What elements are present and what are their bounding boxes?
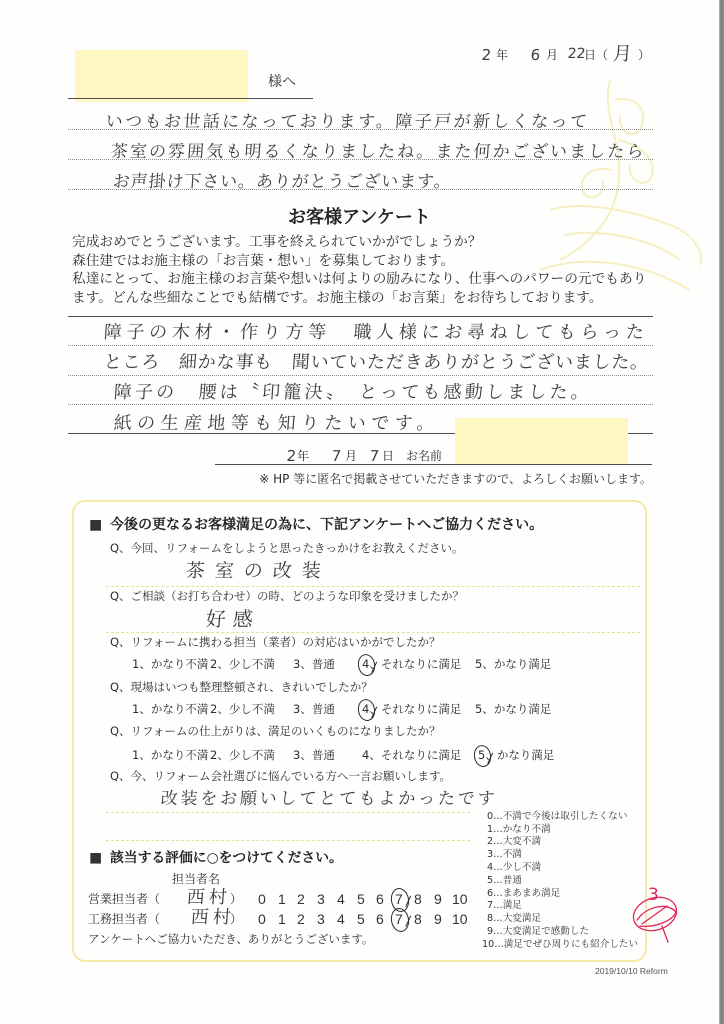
- form-version-footer: 2019/10/10 Reform: [595, 966, 668, 976]
- question-5-options: 1、かなり不満 2、少し不満 3、普通 4、それなりに満足 5、かなり満足: [0, 747, 724, 763]
- legend-item: 0…不満で今後は取引したくない: [487, 811, 627, 823]
- score-6[interactable]: 6: [376, 890, 384, 908]
- survey-intro-line-4: ます。どんな些細なことでも結構です。お施主様の「お言葉」をお待ちしております。: [72, 290, 603, 306]
- option-label: 、それなりに満足: [369, 748, 461, 762]
- score-4[interactable]: 4: [337, 890, 345, 908]
- comment-line-2: ところ 細かな事も 聞いていただきありがとうございました。: [103, 352, 650, 374]
- score-number: 10: [452, 910, 468, 928]
- option-3[interactable]: 3、普通: [293, 701, 335, 717]
- option-number: 5: [475, 656, 482, 672]
- question-5: Q、リフォームの仕上がりは、満足のいくものになりましたか？: [110, 725, 440, 739]
- option-label: 、かなり不満: [139, 657, 208, 671]
- survey-title: お客様アンケート: [288, 207, 431, 229]
- score-number: 8: [414, 890, 422, 908]
- score-2[interactable]: 2: [297, 890, 305, 908]
- option-1[interactable]: 1、かなり不満: [132, 656, 208, 672]
- option-label: 、普通: [300, 657, 335, 671]
- score-number: 2: [297, 890, 305, 908]
- score-8[interactable]: 8: [414, 890, 422, 908]
- score-number: 3: [317, 910, 325, 928]
- score-4[interactable]: 4: [337, 910, 345, 928]
- score-10[interactable]: 10: [452, 890, 468, 908]
- questionnaire-heading-bullet: ■: [89, 517, 102, 534]
- question-4: Q、現場はいつも整理整頓され、きれいでしたか？: [110, 681, 373, 695]
- score-number: 6: [376, 910, 384, 928]
- recipient-underline: [68, 98, 313, 99]
- option-number: 2: [210, 747, 217, 763]
- question-3: Q、リフォームに携わる担当（業者）の対応はいかがでしたか？: [110, 636, 440, 650]
- question-2: Q、ご相談（お打ち合わせ）の時、どのような印象を受けましたか？: [110, 590, 464, 604]
- comment-top-rule: [68, 316, 653, 317]
- option-3[interactable]: 3、普通: [293, 656, 335, 672]
- comment-rule-3: [68, 404, 653, 405]
- score-number: 6: [376, 890, 384, 908]
- option-number: 4: [362, 656, 369, 672]
- survey-intro-line-2: 森住建ではお施主様の「お言葉・想い」を募集しております。: [72, 253, 454, 269]
- comment-rule-2: [68, 375, 653, 376]
- legend-item: 3…不満: [487, 849, 522, 861]
- option-number: 5: [475, 701, 482, 717]
- option-number: 1: [132, 747, 139, 763]
- option-label: 、かなり不満: [139, 748, 208, 762]
- score-number: 2: [297, 910, 305, 928]
- option-label: 、かなり不満: [139, 702, 208, 716]
- score-number: 4: [337, 910, 345, 928]
- legend-item: 1…かなり不満: [487, 824, 551, 836]
- letter-date-day-unit: 日（: [584, 48, 608, 62]
- option-label: 、かなり満足: [485, 748, 554, 762]
- option-number: 1: [132, 701, 139, 717]
- option-number: 3: [293, 701, 300, 717]
- option-label: 、普通: [300, 702, 335, 716]
- option-3[interactable]: 3、普通: [293, 747, 335, 763]
- option-label: 、少し不満: [217, 702, 275, 716]
- signature-year-unit: 年: [297, 449, 309, 463]
- option-number: 5: [478, 747, 485, 763]
- comment-line-1: 障子の木材・作り方等 職人様にお尋ねしてもらった: [103, 322, 649, 344]
- score-5[interactable]: 5: [357, 890, 365, 908]
- survey-intro-line-3: 私達にとって、お施主様のお言葉や想いは何よりの励みになり、仕事へのパワーの元でも…: [72, 271, 646, 287]
- option-2[interactable]: 2、少し不満: [210, 656, 275, 672]
- score-number: 5: [357, 910, 365, 928]
- signature-month-unit: 月: [345, 449, 357, 463]
- survey-intro-line-1: 完成おめでとうございます。工事を終えられていかがでしょうか？: [72, 234, 482, 250]
- score-number: 8: [414, 910, 422, 928]
- option-5[interactable]: 5、かなり満足: [478, 747, 554, 763]
- legend-item: 4…少し不満: [487, 862, 541, 874]
- answer-1-rule: [106, 586, 640, 587]
- question-4-options: 1、かなり不満 2、少し不満 3、普通 4、それなりに満足 5、かなり満足: [0, 701, 724, 717]
- score-number: 7: [395, 890, 403, 908]
- option-label: 、それなりに満足: [369, 657, 461, 671]
- answer-2: 好感: [205, 607, 261, 631]
- letter-rule-3: [68, 189, 653, 190]
- score-3[interactable]: 3: [317, 910, 325, 928]
- answer-6: 改装をお願いしてとてもよかったです: [160, 789, 498, 809]
- publication-note: ※ HP 等に匿名で掲載させていただきますので、よろしくお願いします。: [259, 472, 652, 486]
- option-label: 、少し不満: [217, 657, 275, 671]
- option-5[interactable]: 5、かなり満足: [475, 656, 551, 672]
- score-5[interactable]: 5: [357, 910, 365, 928]
- score-6[interactable]: 6: [376, 910, 384, 928]
- score-10[interactable]: 10: [452, 910, 468, 928]
- score-number: 7: [395, 910, 403, 928]
- recipient-suffix: 様へ: [268, 74, 296, 91]
- signature-underline: [215, 464, 652, 465]
- score-number: 3: [317, 890, 325, 908]
- signature-day: 7: [369, 447, 380, 465]
- option-1[interactable]: 1、かなり不満: [132, 701, 208, 717]
- question-1: Q、今回、リフォームをしようと思ったきっかけをお教えください。: [110, 542, 463, 556]
- scanned-survey-page: 2 年 6 月 22 日（ 月 ） 様へ いつもお世話になっております。障子戸が…: [0, 0, 724, 1024]
- letter-date-weekday-close: ）: [638, 48, 650, 62]
- rating-heading-bullet: ■: [89, 850, 102, 867]
- letter-date-month-unit: 月: [546, 48, 558, 62]
- signature-name-label: お名前: [406, 449, 442, 463]
- score-number: 4: [337, 890, 345, 908]
- option-number: 3: [293, 747, 300, 763]
- option-number: 4: [362, 701, 369, 717]
- option-label: 、かなり満足: [482, 702, 551, 716]
- answer-6-rule-2: [106, 840, 470, 841]
- letter-rule-2: [68, 159, 653, 160]
- option-4[interactable]: 4、それなりに満足: [362, 747, 461, 763]
- decorative-plant-pattern-icon: [540, 60, 720, 300]
- signature-month: 7: [331, 447, 342, 465]
- score-1[interactable]: 1: [278, 890, 286, 908]
- score-7[interactable]: 7: [395, 910, 403, 928]
- letter-date-month: 6: [530, 46, 541, 64]
- option-4[interactable]: 4、それなりに満足: [362, 701, 461, 717]
- redacted-customer-name: [455, 418, 628, 465]
- score-3[interactable]: 3: [317, 890, 325, 908]
- staff-name-label: 担当者名: [172, 872, 220, 886]
- answer-6-rule-1: [106, 812, 470, 813]
- score-2[interactable]: 2: [297, 910, 305, 928]
- letter-rule-1: [68, 129, 653, 130]
- letter-date-year-unit: 年: [496, 48, 508, 62]
- option-2[interactable]: 2、少し不満: [210, 747, 275, 763]
- redacted-recipient-name: [75, 50, 248, 102]
- signature-day-unit: 日: [382, 449, 394, 463]
- option-5[interactable]: 5、かなり満足: [475, 701, 551, 717]
- score-1[interactable]: 1: [278, 910, 286, 928]
- score-number: 9: [434, 890, 442, 908]
- legend-item: 5…普通: [487, 875, 522, 887]
- question-6: Q、今、リフォーム会社選びに悩んでいる方へ一言お願いします。: [110, 770, 451, 784]
- stamp-mark: 3: [648, 885, 659, 905]
- score-0[interactable]: 0: [258, 910, 266, 928]
- letter-date-year: 2: [481, 46, 492, 64]
- score-8[interactable]: 8: [414, 910, 422, 928]
- scanner-edge: [719, 0, 724, 1024]
- option-label: 、それなりに満足: [369, 702, 461, 716]
- red-check-stamp-icon: 3: [612, 876, 692, 948]
- answer-1: 茶室の改装: [185, 560, 332, 583]
- legend-item: 2…大変不満: [487, 836, 541, 848]
- option-number: 1: [132, 656, 139, 672]
- letter-date-weekday: 月: [612, 43, 633, 66]
- score-number: 10: [452, 890, 468, 908]
- option-1[interactable]: 1、かなり不満: [132, 747, 208, 763]
- score-number: 5: [357, 890, 365, 908]
- option-label: 、少し不満: [217, 748, 275, 762]
- score-number: 9: [434, 910, 442, 928]
- thanks-message: アンケートへご協力いただき、ありがとうございます。: [88, 933, 373, 947]
- score-number: 0: [258, 910, 266, 928]
- score-number: 0: [258, 890, 266, 908]
- option-number: 4: [362, 747, 369, 763]
- option-number: 3: [293, 656, 300, 672]
- score-0[interactable]: 0: [258, 890, 266, 908]
- score-9[interactable]: 9: [434, 890, 442, 908]
- option-label: 、かなり満足: [482, 657, 551, 671]
- option-number: 2: [210, 656, 217, 672]
- option-label: 、普通: [300, 748, 335, 762]
- comment-line-3: 障子の 腰は〝印籠決〟 とっても感動しました。: [113, 382, 593, 404]
- score-number: 1: [278, 890, 286, 908]
- option-2[interactable]: 2、少し不満: [210, 701, 275, 717]
- comment-line-4: 紙の生産地等も知りたいです。: [113, 413, 441, 435]
- question-3-options: 1、かなり不満 2、少し不満 3、普通 4、それなりに満足 5、かなり満足: [0, 656, 724, 672]
- rating-heading: 該当する評価に○をつけてください。: [110, 850, 343, 867]
- score-9[interactable]: 9: [434, 910, 442, 928]
- score-7[interactable]: 7: [395, 890, 403, 908]
- questionnaire-heading: 今後の更なるお客様満足の為に、下記アンケートへご協力ください。: [110, 517, 543, 534]
- signature-year: 2: [286, 447, 297, 465]
- option-number: 2: [210, 701, 217, 717]
- answer-2-rule: [106, 632, 640, 633]
- option-4[interactable]: 4、それなりに満足: [362, 656, 461, 672]
- comment-rule-1: [68, 345, 653, 346]
- score-number: 1: [278, 910, 286, 928]
